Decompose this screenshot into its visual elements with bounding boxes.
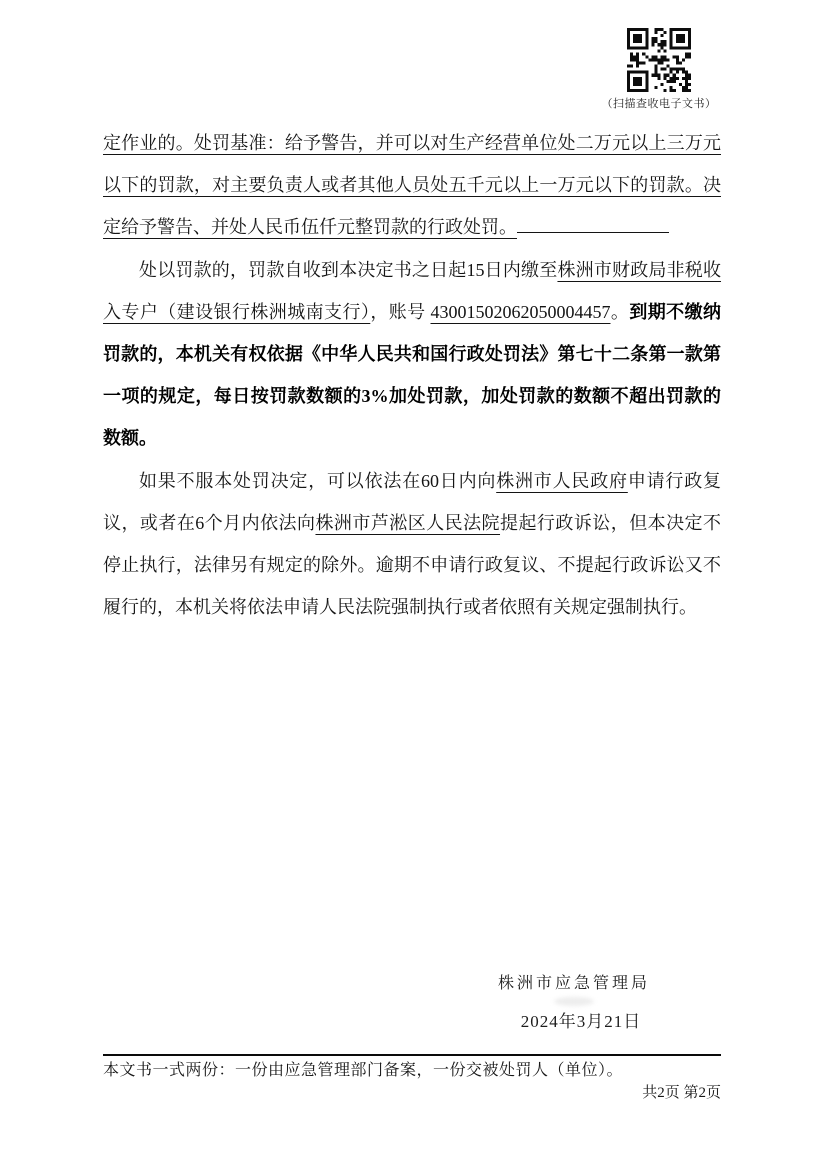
qr-code-icon (621, 28, 697, 92)
text-run: 到期不缴纳罚款的，本机关有权依据《中华人民共和国行政处罚法》第七十二条第一款第一… (103, 302, 721, 448)
issue-date: 2024年3月21日 (521, 1009, 642, 1035)
paragraph-appeal-rights: 如果不服本处罚决定，可以依法在60日内向株洲市人民政府申请行政复议，或者在6个月… (103, 460, 721, 628)
text-run: 如果不服本处罚决定，可以依法在60日内向 (139, 471, 496, 491)
document-body: 定作业的。处罚基准：给予警告，并可以对生产经营单位处二万元以上三万元以下的罚款，… (103, 122, 721, 628)
footer-copies-note: 本文书一式两份：一份由应急管理部门备案，一份交被处罚人（单位）。 (103, 1060, 721, 1082)
issuing-agency: 株洲市应急管理局 (498, 972, 650, 996)
paragraph-penalty-basis: 定作业的。处罚基准：给予警告，并可以对生产经营单位处二万元以上三万元以下的罚款，… (103, 122, 721, 248)
page-footer: 本文书一式两份：一份由应急管理部门备案，一份交被处罚人（单位）。 共2页 第2页 (103, 1054, 721, 1103)
document-page: （扫描查收电子文书） 定作业的。处罚基准：给予警告，并可以对生产经营单位处二万元… (0, 0, 822, 1165)
qr-caption: （扫描查收电子文书） (596, 95, 722, 111)
faint-seal-artifact (554, 997, 594, 1006)
text-run: 。 (611, 302, 630, 322)
page-number: 共2页 第2页 (103, 1083, 721, 1103)
text-run: 43001502062050004457 (431, 302, 611, 322)
text-run: 株洲市人民政府 (496, 471, 628, 491)
text-run: 株洲市芦淞区人民法院 (315, 513, 500, 533)
text-run: ，账号 (370, 302, 430, 322)
paragraph-payment-instructions: 处以罚款的，罚款自收到本决定书之日起15日内缴至株洲市财政局非税收入专户（建设银… (103, 249, 721, 459)
signature-block: 株洲市应急管理局 2024年3月21日 (444, 972, 704, 1035)
footer-divider (103, 1054, 721, 1056)
qr-block: （扫描查收电子文书） (596, 28, 722, 111)
text-run: 处以罚款的，罚款自收到本决定书之日起15日内缴至 (139, 260, 557, 280)
trailing-underline (517, 215, 669, 233)
